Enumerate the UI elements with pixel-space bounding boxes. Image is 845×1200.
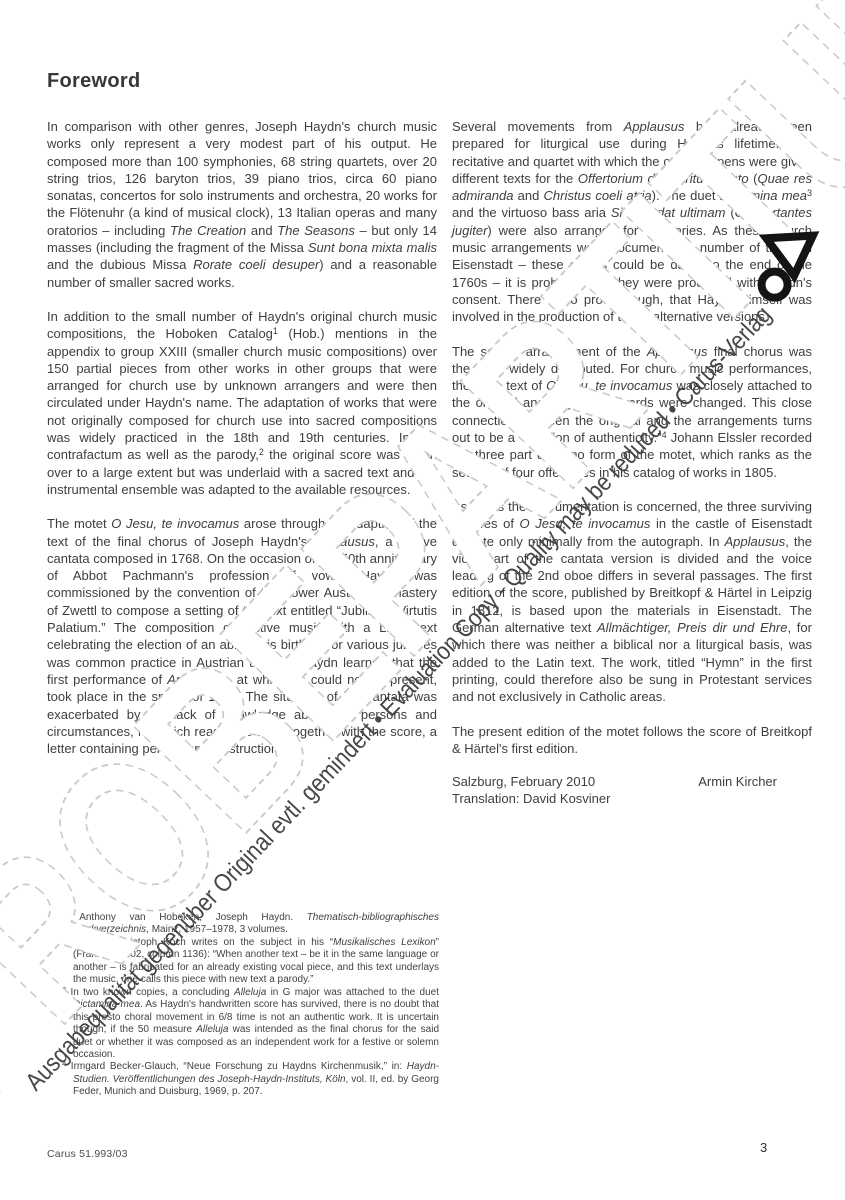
right-column: Several movements from Applausus had alr… — [452, 118, 812, 808]
page-number: 3 — [760, 1140, 767, 1155]
page-title: Foreword — [47, 70, 141, 93]
footer-catalog-number: Carus 51.993/03 — [47, 1148, 128, 1160]
footnote-item: 2 Heinrich Christoph Koch writes on the … — [62, 937, 439, 987]
footnotes-section: 1 Anthony van Hoboken, Joseph Haydn. The… — [62, 912, 439, 1099]
footnote-item: 1 Anthony van Hoboken, Joseph Haydn. The… — [62, 912, 439, 937]
signature-row: Salzburg, February 2010 Armin Kircher — [452, 773, 812, 790]
signature-translation: Translation: David Kosviner — [452, 790, 812, 807]
footnote-item: 4 Irmgard Becker-Glauch, “Neue Forschung… — [62, 1061, 439, 1098]
footnote-item: 3 In two known copies, a concluding Alle… — [62, 987, 439, 1062]
paragraph: The sacred arrangement of the Applausus … — [452, 343, 812, 481]
paragraph: In comparison with other genres, Joseph … — [47, 118, 437, 291]
paragraph: As far as the instrumentation is concern… — [452, 498, 812, 706]
paragraph: The motet O Jesu, te invocamus arose thr… — [47, 515, 437, 757]
paragraph: In addition to the small number of Haydn… — [47, 308, 437, 498]
paragraph: The present edition of the motet follows… — [452, 723, 812, 758]
signature-place-date: Salzburg, February 2010 — [452, 773, 595, 790]
left-column: In comparison with other genres, Joseph … — [47, 118, 437, 774]
paragraph: Several movements from Applausus had alr… — [452, 118, 812, 326]
foreword-page: Foreword In comparison with other genres… — [0, 0, 845, 1200]
signature-author: Armin Kircher — [698, 773, 777, 790]
